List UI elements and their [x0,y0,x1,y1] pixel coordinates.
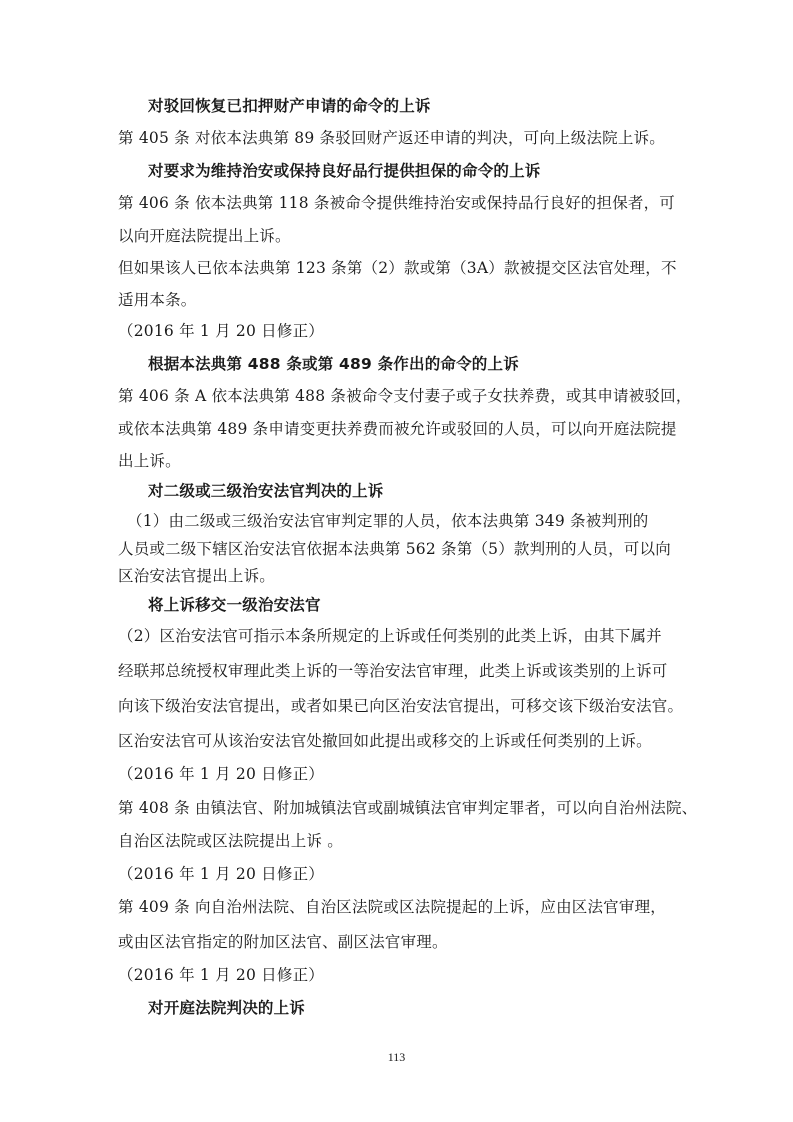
paragraph-line: 或依本法典第 489 条申请变更扶养费而被允许或驳回的人员，可以向开庭法院提 [118,419,677,439]
paragraph-line: 但如果该人已依本法典第 123 条第（2）款或第（3A）款被提交区法官处理，不 [118,258,677,278]
amendment-note: （2016 年 1 月 20 日修正） [118,965,324,985]
page-number: 113 [0,1050,793,1065]
paragraph-line: 第 406 条 A 依本法典第 488 条被命令支付妻子或子女扶养费，或其申请被… [118,386,692,406]
amendment-note: （2016 年 1 月 20 日修正） [118,321,324,341]
section-heading: 根据本法典第 488 条或第 489 条作出的命令的上诉 [148,354,519,374]
paragraph-line: 向该下级治安法官提出，或者如果已向区治安法官提出，可移交该下级治安法官。 [118,696,683,716]
paragraph-line: 或由区法官指定的附加区法官、副区法官审理。 [118,932,448,952]
paragraph-line: 自治区法院或区法院提出上诉 。 [118,831,343,851]
paragraph-line: 第 405 条 对依本法典第 89 条驳回财产返还申请的判决，可向上级法院上诉。 [118,128,665,148]
paragraph-line: 第 406 条 依本法典第 118 条被命令提供维持治安或保持品行良好的担保者，… [118,193,675,213]
section-heading: 对驳回恢复已扣押财产申请的命令的上诉 [148,96,431,116]
paragraph-line: 第 409 条 向自治州法院、自治区法院或区法院提起的上诉，应由区法官审理， [118,897,666,917]
paragraph-line: 以向开庭法院提出上诉。 [118,226,291,246]
amendment-note: （2016 年 1 月 20 日修正） [118,864,324,884]
paragraph-line: 区治安法官提出上诉。 [118,566,275,586]
paragraph-line: 经联邦总统授权审理此类上诉的一等治安法官审理，此类上诉或该类别的上诉可 [118,661,668,681]
amendment-note: （2016 年 1 月 20 日修正） [118,764,324,784]
paragraph-line: 适用本条。 [118,290,197,310]
section-heading: 对开庭法院判决的上诉 [148,998,305,1018]
paragraph-line: （2）区治安法官可指示本条所规定的上诉或任何类别的此类上诉，由其下属并 [118,626,662,646]
paragraph-line: 出上诉。 [118,451,181,471]
section-heading: 将上诉移交一级治安法官 [148,595,321,615]
paragraph-line: 人员或二级下辖区治安法官依据本法典第 562 条第（5）款判刑的人员，可以向 [118,539,671,559]
section-heading: 对要求为维持治安或保持良好品行提供担保的命令的上诉 [148,161,541,181]
paragraph-line: （1）由二级或三级治安法官审判定罪的人员，依本法典第 349 条被判刑的 [127,511,649,531]
paragraph-line: 区治安法官可从该治安法官处撤回如此提出或移交的上诉或任何类别的上诉。 [118,731,652,751]
section-heading: 对二级或三级治安法官判决的上诉 [148,481,384,501]
paragraph-line: 第 408 条 由镇法官、附加城镇法官或副城镇法官审判定罪者，可以向自治州法院、 [118,798,697,818]
